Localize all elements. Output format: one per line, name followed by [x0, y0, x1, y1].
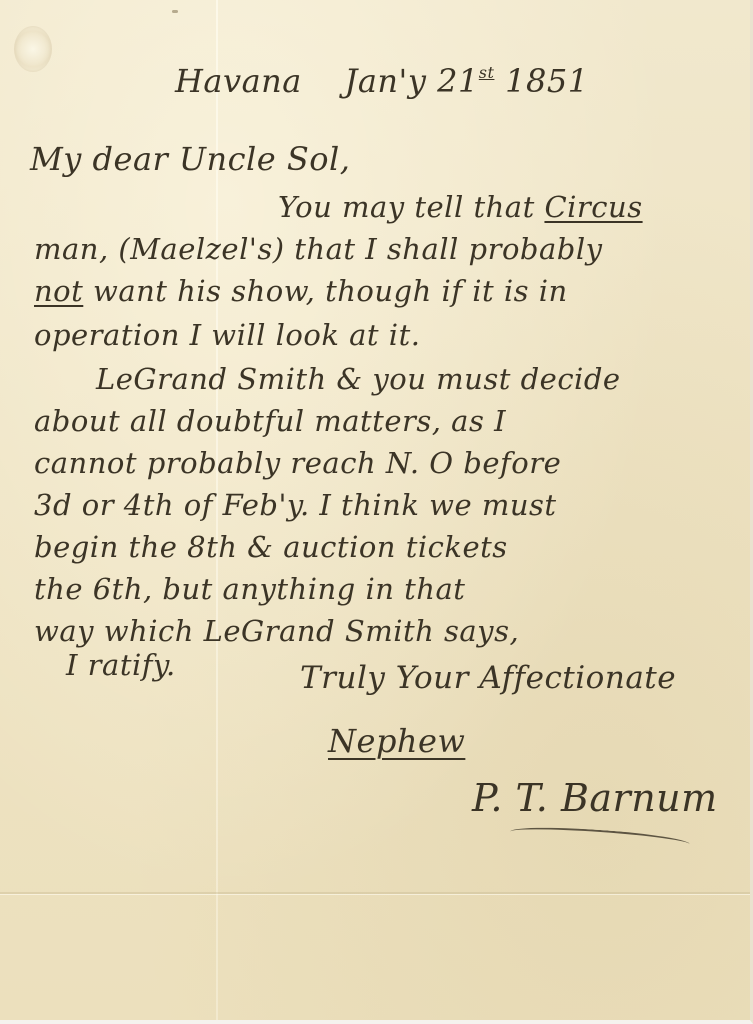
- body-line: LeGrand Smith & you must decide: [96, 362, 621, 396]
- body-line: cannot probably reach N. O before: [34, 446, 561, 480]
- horizontal-fold-crease: [0, 892, 753, 894]
- salutation: My dear Uncle Sol,: [30, 140, 350, 178]
- signature-flourish: [510, 824, 691, 853]
- signature: P. T. Barnum: [472, 776, 718, 820]
- heading-date-suffix: st: [479, 63, 495, 82]
- body-line: operation I will look at it.: [34, 318, 420, 352]
- body-line: about all doubtful matters, as I: [34, 404, 506, 438]
- body-line: not want his show, though if it is in: [34, 274, 568, 308]
- heading-place: Havana: [175, 62, 302, 100]
- closing-nephew: Nephew: [328, 722, 465, 760]
- letter-heading: Havana Jan'y 21st 1851: [175, 62, 589, 100]
- closing-nephew-text: Nephew: [328, 722, 465, 760]
- body-line: begin the 8th & auction tickets: [34, 530, 508, 564]
- body-line: You may tell that Circus: [278, 190, 643, 224]
- heading-date: Jan'y 21: [345, 62, 479, 100]
- paragraph-1-line-1: You may tell that Circus: [278, 190, 643, 224]
- embossed-stamp-icon: [14, 26, 52, 72]
- letter-page: Havana Jan'y 21st 1851 My dear Uncle Sol…: [0, 0, 753, 1024]
- body-line: man, (Maelzel's) that I shall probably: [34, 232, 603, 266]
- heading-year: 1851: [505, 62, 588, 100]
- body-line: 3d or 4th of Feb'y. I think we must: [34, 488, 557, 522]
- closing-line: Truly Your Affectionate: [300, 660, 676, 696]
- body-line: I ratify.: [66, 648, 176, 682]
- ink-speck: [172, 10, 178, 13]
- body-line: the 6th, but anything in that: [34, 572, 465, 606]
- body-line: way which LeGrand Smith says,: [34, 614, 519, 648]
